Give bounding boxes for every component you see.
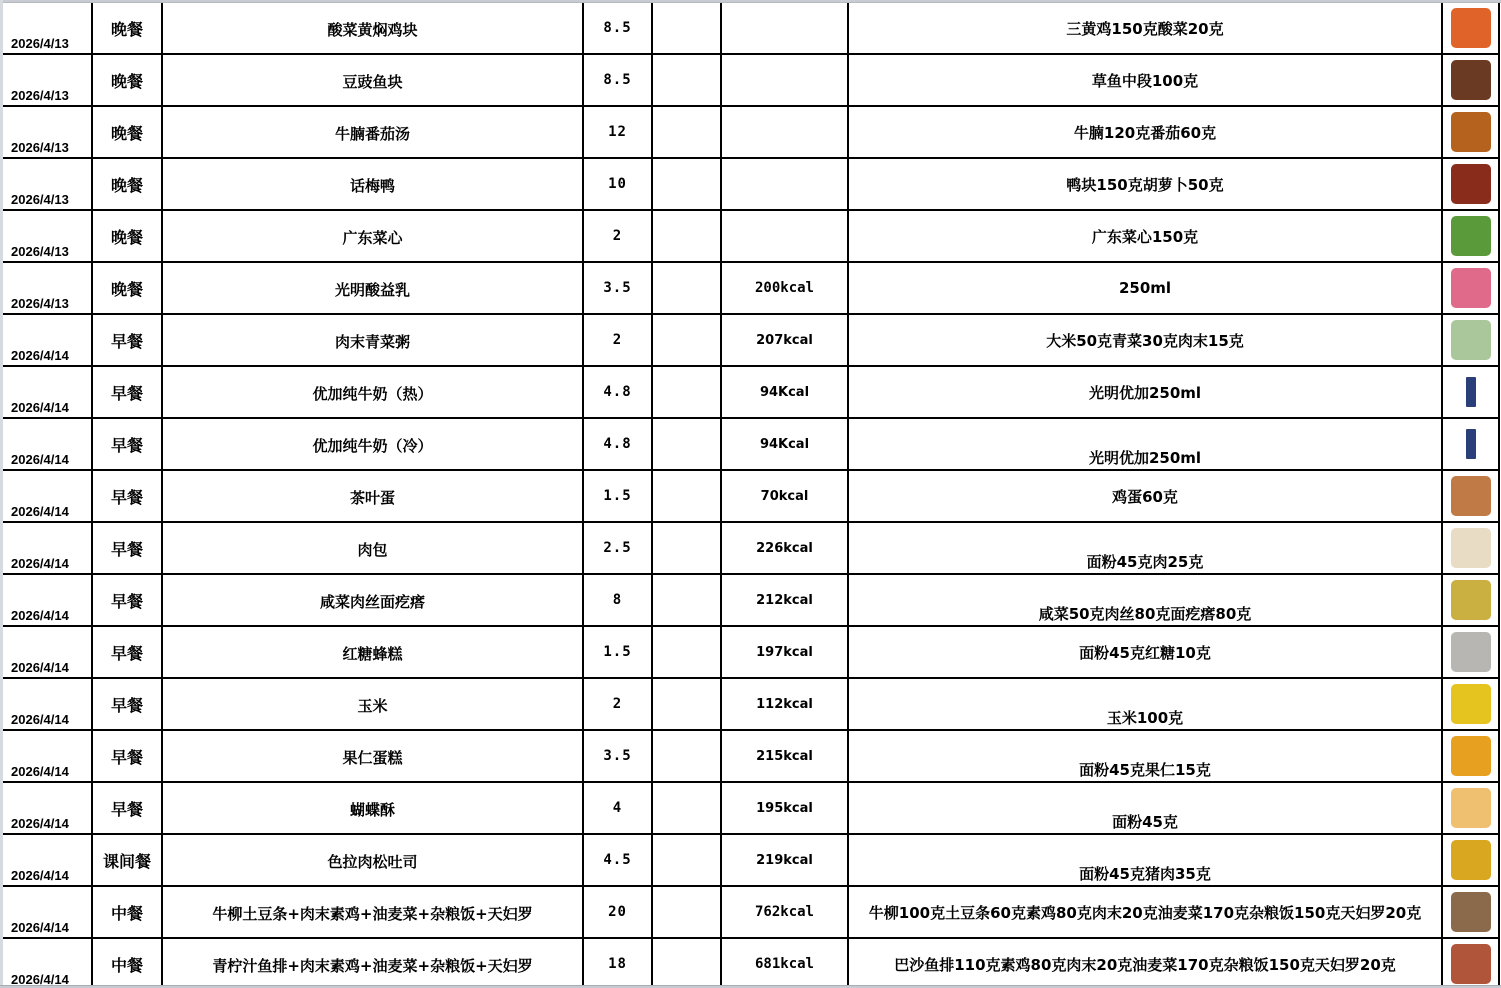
food-photo-tea-eggs-icon[interactable] xyxy=(1451,476,1491,516)
meal-type-cell[interactable]: 早餐 xyxy=(93,471,163,523)
date-cell[interactable]: 2026/4/14 xyxy=(3,731,93,783)
price-cell[interactable]: 3.5 xyxy=(584,263,653,315)
table-row: 2026/4/14中餐青柠汁鱼排+肉末素鸡+油麦菜+杂粮饭+天妇罗18681kc… xyxy=(3,939,1498,988)
dish-name-cell[interactable]: 茶叶蛋 xyxy=(163,471,584,523)
empty-cell[interactable] xyxy=(653,523,722,575)
calories-text: 200kcal xyxy=(755,280,814,296)
empty-cell[interactable] xyxy=(653,3,722,55)
price-text: 8 xyxy=(613,592,622,608)
calories-cell[interactable] xyxy=(722,55,849,107)
meal-type-text: 中餐 xyxy=(111,953,143,976)
ingredients-text: 面粉45克肉25克 xyxy=(1087,551,1204,572)
ingredients-text: 鸭块150克胡萝卜50克 xyxy=(1066,174,1223,195)
dish-name-cell[interactable]: 优加纯牛奶（热） xyxy=(163,367,584,419)
meal-type-cell[interactable]: 早餐 xyxy=(93,419,163,471)
calories-cell[interactable]: 226kcal xyxy=(722,523,849,575)
meal-type-cell[interactable]: 晚餐 xyxy=(93,159,163,211)
date-cell[interactable]: 2026/4/14 xyxy=(3,939,93,988)
image-cell[interactable] xyxy=(1443,731,1500,783)
table-row: 2026/4/14早餐肉末青菜粥2207kcal大米50克青菜30克肉末15克 xyxy=(3,315,1498,367)
empty-cell[interactable] xyxy=(653,783,722,835)
calories-text: 681kcal xyxy=(755,956,814,972)
date-text: 2026/4/13 xyxy=(11,296,69,311)
dish-name-cell[interactable]: 肉包 xyxy=(163,523,584,575)
calories-cell[interactable] xyxy=(722,211,849,263)
calories-cell[interactable]: 195kcal xyxy=(722,783,849,835)
ingredients-cell[interactable]: 250ml xyxy=(849,263,1443,315)
ingredients-text: 牛腩120克番茄60克 xyxy=(1074,122,1216,143)
dish-name-text: 色拉肉松吐司 xyxy=(327,851,417,872)
meal-type-text: 早餐 xyxy=(111,381,143,404)
dish-name-cell[interactable]: 牛腩番茄汤 xyxy=(163,107,584,159)
food-photo-noodle-soup-icon[interactable] xyxy=(1451,580,1491,620)
table-row: 2026/4/13晚餐酸菜黄焖鸡块8.5三黄鸡150克酸菜20克 xyxy=(3,3,1498,55)
food-photo-greens-icon[interactable] xyxy=(1451,216,1491,256)
calories-text: 195kcal xyxy=(756,801,813,816)
calories-text: 212kcal xyxy=(756,593,813,608)
food-photo-braised-chicken-icon[interactable] xyxy=(1451,8,1491,48)
meal-type-text: 晚餐 xyxy=(111,69,143,92)
price-text: 1.5 xyxy=(603,644,631,660)
meal-type-cell[interactable]: 早餐 xyxy=(93,575,163,627)
dish-name-text: 酸菜黄焖鸡块 xyxy=(327,19,417,40)
ingredients-text: 咸菜50克肉丝80克面疙瘩80克 xyxy=(1039,603,1252,624)
dish-name-cell[interactable]: 光明酸益乳 xyxy=(163,263,584,315)
ingredients-cell[interactable]: 面粉45克红糖10克 xyxy=(849,627,1443,679)
empty-cell[interactable] xyxy=(653,627,722,679)
calories-cell[interactable] xyxy=(722,107,849,159)
meal-type-cell[interactable]: 中餐 xyxy=(93,939,163,988)
price-cell[interactable]: 12 xyxy=(584,107,653,159)
date-text: 2026/4/14 xyxy=(11,348,69,363)
calories-text: 219kcal xyxy=(756,853,813,868)
empty-cell[interactable] xyxy=(653,835,722,887)
empty-cell[interactable] xyxy=(653,55,722,107)
dish-name-text: 优加纯牛奶（冷） xyxy=(312,435,432,456)
dish-name-text: 光明酸益乳 xyxy=(335,279,410,300)
ingredients-cell[interactable]: 光明优加250ml xyxy=(849,419,1443,471)
meal-type-text: 晚餐 xyxy=(111,277,143,300)
calories-text: 197kcal xyxy=(756,645,813,660)
date-text: 2026/4/14 xyxy=(11,920,69,935)
ingredients-cell[interactable]: 光明优加250ml xyxy=(849,367,1443,419)
meal-type-cell[interactable]: 早餐 xyxy=(93,679,163,731)
date-cell[interactable]: 2026/4/13 xyxy=(3,3,93,55)
dish-name-text: 话梅鸭 xyxy=(350,175,395,196)
food-photo-corn-icon[interactable] xyxy=(1451,684,1491,724)
price-text: 1.5 xyxy=(603,488,631,504)
calories-cell[interactable]: 681kcal xyxy=(722,939,849,988)
calories-text: 94Kcal xyxy=(760,437,809,452)
price-text: 20 xyxy=(608,904,627,920)
dish-name-cell[interactable]: 玉米 xyxy=(163,679,584,731)
meal-type-text: 早餐 xyxy=(111,329,143,352)
image-cell[interactable] xyxy=(1443,679,1500,731)
price-cell[interactable]: 20 xyxy=(584,887,653,939)
price-text: 4 xyxy=(613,800,622,816)
date-cell[interactable]: 2026/4/14 xyxy=(3,835,93,887)
meal-type-cell[interactable]: 课间餐 xyxy=(93,835,163,887)
image-cell[interactable] xyxy=(1443,575,1500,627)
calories-text: 762kcal xyxy=(755,904,814,920)
ingredients-cell[interactable]: 大米50克青菜30克肉末15克 xyxy=(849,315,1443,367)
dish-name-text: 牛腩番茄汤 xyxy=(335,123,410,144)
image-cell[interactable] xyxy=(1443,263,1500,315)
calories-cell[interactable] xyxy=(722,159,849,211)
price-cell[interactable]: 1.5 xyxy=(584,471,653,523)
empty-cell[interactable] xyxy=(653,419,722,471)
price-cell[interactable]: 4.8 xyxy=(584,419,653,471)
price-text: 10 xyxy=(608,176,627,192)
image-cell[interactable] xyxy=(1443,107,1500,159)
dish-name-text: 肉末青菜粥 xyxy=(335,331,410,352)
dish-name-cell[interactable]: 牛柳土豆条+肉末素鸡+油麦菜+杂粮饭+天妇罗 xyxy=(163,887,584,939)
calories-cell[interactable]: 219kcal xyxy=(722,835,849,887)
date-cell[interactable]: 2026/4/14 xyxy=(3,471,93,523)
date-text: 2026/4/13 xyxy=(11,36,69,51)
price-cell[interactable]: 8.5 xyxy=(584,55,653,107)
price-cell[interactable]: 8 xyxy=(584,575,653,627)
meal-type-cell[interactable]: 晚餐 xyxy=(93,211,163,263)
meal-type-text: 早餐 xyxy=(111,745,143,768)
table-row: 2026/4/14中餐牛柳土豆条+肉末素鸡+油麦菜+杂粮饭+天妇罗20762kc… xyxy=(3,887,1498,939)
calories-text: 226kcal xyxy=(756,541,813,556)
image-cell[interactable] xyxy=(1443,367,1500,419)
price-cell[interactable]: 2 xyxy=(584,679,653,731)
date-cell[interactable]: 2026/4/14 xyxy=(3,783,93,835)
ingredients-text: 牛柳100克土豆条60克素鸡80克肉末20克油麦菜170克杂粮饭150克天妇罗2… xyxy=(869,902,1421,923)
price-cell[interactable]: 2 xyxy=(584,211,653,263)
calories-cell[interactable]: 762kcal xyxy=(722,887,849,939)
meal-type-text: 中餐 xyxy=(111,901,143,924)
date-text: 2026/4/14 xyxy=(11,764,69,779)
date-cell[interactable]: 2026/4/13 xyxy=(3,107,93,159)
date-text: 2026/4/14 xyxy=(11,712,69,727)
empty-cell[interactable] xyxy=(653,315,722,367)
date-cell[interactable]: 2026/4/14 xyxy=(3,315,93,367)
date-cell[interactable]: 2026/4/14 xyxy=(3,679,93,731)
date-text: 2026/4/13 xyxy=(11,192,69,207)
meal-type-text: 早餐 xyxy=(111,641,143,664)
calories-cell[interactable]: 70kcal xyxy=(722,471,849,523)
date-cell[interactable]: 2026/4/13 xyxy=(3,159,93,211)
date-cell[interactable]: 2026/4/14 xyxy=(3,523,93,575)
price-cell[interactable]: 18 xyxy=(584,939,653,988)
empty-cell[interactable] xyxy=(653,939,722,988)
dish-name-text: 玉米 xyxy=(357,695,387,716)
meal-type-cell[interactable]: 早餐 xyxy=(93,367,163,419)
dish-name-cell[interactable]: 豆豉鱼块 xyxy=(163,55,584,107)
empty-cell[interactable] xyxy=(653,731,722,783)
empty-cell[interactable] xyxy=(653,887,722,939)
calories-cell[interactable] xyxy=(722,3,849,55)
ingredients-cell[interactable]: 玉米100克 xyxy=(849,679,1443,731)
price-cell[interactable]: 3.5 xyxy=(584,731,653,783)
ingredients-cell[interactable]: 牛腩120克番茄60克 xyxy=(849,107,1443,159)
dish-name-cell[interactable]: 色拉肉松吐司 xyxy=(163,835,584,887)
meal-type-text: 早餐 xyxy=(111,485,143,508)
ingredients-text: 大米50克青菜30克肉末15克 xyxy=(1046,330,1244,351)
food-photo-bun-icon[interactable] xyxy=(1451,528,1491,568)
date-text: 2026/4/14 xyxy=(11,868,69,883)
table-row: 2026/4/14早餐蝴蝶酥4195kcal面粉45克 xyxy=(3,783,1498,835)
table-row: 2026/4/13晚餐话梅鸭10鸭块150克胡萝卜50克 xyxy=(3,159,1498,211)
meal-type-cell[interactable]: 中餐 xyxy=(93,887,163,939)
price-text: 2 xyxy=(613,696,622,712)
ingredients-cell[interactable]: 面粉45克果仁15克 xyxy=(849,731,1443,783)
image-cell[interactable] xyxy=(1443,159,1500,211)
date-cell[interactable]: 2026/4/14 xyxy=(3,627,93,679)
table-row: 2026/4/13晚餐广东菜心2广东菜心150克 xyxy=(3,211,1498,263)
price-text: 3.5 xyxy=(603,748,631,764)
image-cell[interactable] xyxy=(1443,419,1500,471)
date-cell[interactable]: 2026/4/14 xyxy=(3,887,93,939)
price-text: 12 xyxy=(608,124,627,140)
dish-name-text: 茶叶蛋 xyxy=(350,487,395,508)
food-photo-bento-box-icon[interactable] xyxy=(1451,944,1491,984)
ingredients-text: 面粉45克果仁15克 xyxy=(1079,759,1211,780)
dish-name-text: 果仁蛋糕 xyxy=(342,747,402,768)
price-text: 4.5 xyxy=(603,852,631,868)
meal-type-cell[interactable]: 早餐 xyxy=(93,627,163,679)
dish-name-cell[interactable]: 优加纯牛奶（冷） xyxy=(163,419,584,471)
price-text: 2.5 xyxy=(603,540,631,556)
image-cell[interactable] xyxy=(1443,55,1500,107)
meal-type-text: 晚餐 xyxy=(111,225,143,248)
ingredients-text: 250ml xyxy=(1119,279,1171,297)
price-cell[interactable]: 8.5 xyxy=(584,3,653,55)
dish-name-text: 蝴蝶酥 xyxy=(350,799,395,820)
empty-cell[interactable] xyxy=(653,471,722,523)
table-row: 2026/4/14早餐优加纯牛奶（热）4.894Kcal光明优加250ml xyxy=(3,367,1498,419)
meal-type-cell[interactable]: 早餐 xyxy=(93,731,163,783)
ingredients-cell[interactable]: 牛柳100克土豆条60克素鸡80克肉末20克油麦菜170克杂粮饭150克天妇罗2… xyxy=(849,887,1443,939)
calories-text: 112kcal xyxy=(756,697,813,712)
calories-cell[interactable]: 212kcal xyxy=(722,575,849,627)
ingredients-cell[interactable]: 面粉45克 xyxy=(849,783,1443,835)
meal-type-cell[interactable]: 早餐 xyxy=(93,523,163,575)
image-cell[interactable] xyxy=(1443,523,1500,575)
calories-text: 94Kcal xyxy=(760,385,809,400)
food-photo-toast-icon[interactable] xyxy=(1451,840,1491,880)
ingredients-text: 草鱼中段100克 xyxy=(1092,70,1198,91)
meal-type-cell[interactable]: 早餐 xyxy=(93,783,163,835)
empty-cell[interactable] xyxy=(653,211,722,263)
dish-name-text: 红糖蜂糕 xyxy=(342,643,402,664)
food-photo-sponge-cake-icon[interactable] xyxy=(1451,632,1491,672)
food-photo-porridge-icon[interactable] xyxy=(1451,320,1491,360)
meal-type-text: 早餐 xyxy=(111,693,143,716)
calories-cell[interactable]: 112kcal xyxy=(722,679,849,731)
price-cell[interactable]: 10 xyxy=(584,159,653,211)
calories-text: 70kcal xyxy=(761,489,809,504)
meal-type-text: 早餐 xyxy=(111,797,143,820)
food-photo-milk-carton-icon[interactable] xyxy=(1466,377,1476,407)
empty-cell[interactable] xyxy=(653,575,722,627)
dish-name-cell[interactable]: 话梅鸭 xyxy=(163,159,584,211)
image-cell[interactable] xyxy=(1443,835,1500,887)
ingredients-text: 巴沙鱼排110克素鸡80克肉末20克油麦菜170克杂粮饭150克天妇罗20克 xyxy=(894,954,1396,975)
price-cell[interactable]: 1.5 xyxy=(584,627,653,679)
date-cell[interactable]: 2026/4/13 xyxy=(3,211,93,263)
empty-cell[interactable] xyxy=(653,263,722,315)
ingredients-cell[interactable]: 面粉45克猪肉35克 xyxy=(849,835,1443,887)
table-row: 2026/4/14早餐果仁蛋糕3.5215kcal面粉45克果仁15克 xyxy=(3,731,1498,783)
empty-cell[interactable] xyxy=(653,159,722,211)
dish-name-text: 青柠汁鱼排+肉末素鸡+油麦菜+杂粮饭+天妇罗 xyxy=(212,955,532,976)
calories-cell[interactable]: 200kcal xyxy=(722,263,849,315)
food-photo-cake-cubes-icon[interactable] xyxy=(1451,736,1491,776)
price-cell[interactable]: 2 xyxy=(584,315,653,367)
date-text: 2026/4/14 xyxy=(11,452,69,467)
table-row: 2026/4/14早餐玉米2112kcal玉米100克 xyxy=(3,679,1498,731)
dish-name-cell[interactable]: 酸菜黄焖鸡块 xyxy=(163,3,584,55)
ingredients-text: 面粉45克 xyxy=(1112,811,1178,832)
dish-name-text: 优加纯牛奶（热） xyxy=(312,383,432,404)
image-cell[interactable] xyxy=(1443,939,1500,988)
date-cell[interactable]: 2026/4/14 xyxy=(3,367,93,419)
dish-name-text: 豆豉鱼块 xyxy=(342,71,402,92)
dish-name-cell[interactable]: 青柠汁鱼排+肉末素鸡+油麦菜+杂粮饭+天妇罗 xyxy=(163,939,584,988)
price-cell[interactable]: 4 xyxy=(584,783,653,835)
price-text: 4.8 xyxy=(603,384,631,400)
ingredients-text: 广东菜心150克 xyxy=(1092,226,1198,247)
image-cell[interactable] xyxy=(1443,471,1500,523)
calories-cell[interactable]: 197kcal xyxy=(722,627,849,679)
food-photo-palmier-icon[interactable] xyxy=(1451,788,1491,828)
dish-name-text: 广东菜心 xyxy=(342,227,402,248)
date-text: 2026/4/14 xyxy=(11,816,69,831)
food-photo-duck-icon[interactable] xyxy=(1451,164,1491,204)
calories-text: 215kcal xyxy=(756,749,813,764)
date-text: 2026/4/14 xyxy=(11,556,69,571)
price-text: 3.5 xyxy=(603,280,631,296)
meal-type-text: 晚餐 xyxy=(111,173,143,196)
table-row: 2026/4/13晚餐光明酸益乳3.5200kcal250ml xyxy=(3,263,1498,315)
calories-cell[interactable]: 215kcal xyxy=(722,731,849,783)
food-photo-soup-icon[interactable] xyxy=(1451,112,1491,152)
calories-text: 207kcal xyxy=(756,333,813,348)
empty-cell[interactable] xyxy=(653,367,722,419)
ingredients-cell[interactable]: 面粉45克肉25克 xyxy=(849,523,1443,575)
dish-name-cell[interactable]: 果仁蛋糕 xyxy=(163,731,584,783)
empty-cell[interactable] xyxy=(653,107,722,159)
meal-type-cell[interactable]: 早餐 xyxy=(93,315,163,367)
table-row: 2026/4/14早餐咸菜肉丝面疙瘩8212kcal咸菜50克肉丝80克面疙瘩8… xyxy=(3,575,1498,627)
image-cell[interactable] xyxy=(1443,627,1500,679)
food-photo-bento-box-icon[interactable] xyxy=(1451,892,1491,932)
ingredients-text: 光明优加250ml xyxy=(1089,447,1201,468)
meal-type-cell[interactable]: 晚餐 xyxy=(93,107,163,159)
meal-type-text: 早餐 xyxy=(111,537,143,560)
image-cell[interactable] xyxy=(1443,783,1500,835)
image-cell[interactable] xyxy=(1443,315,1500,367)
date-text: 2026/4/13 xyxy=(11,140,69,155)
price-text: 4.8 xyxy=(603,436,631,452)
price-text: 2 xyxy=(613,228,622,244)
ingredients-text: 面粉45克猪肉35克 xyxy=(1079,863,1211,884)
meal-type-text: 晚餐 xyxy=(111,17,143,40)
image-cell[interactable] xyxy=(1443,3,1500,55)
meal-type-text: 早餐 xyxy=(111,589,143,612)
date-text: 2026/4/14 xyxy=(11,608,69,623)
ingredients-text: 玉米100克 xyxy=(1107,707,1183,728)
ingredients-cell[interactable]: 广东菜心150克 xyxy=(849,211,1443,263)
price-cell[interactable]: 4.5 xyxy=(584,835,653,887)
date-text: 2026/4/14 xyxy=(11,504,69,519)
table-row: 2026/4/14早餐红糖蜂糕1.5197kcal面粉45克红糖10克 xyxy=(3,627,1498,679)
ingredients-text: 鸡蛋60克 xyxy=(1112,486,1178,507)
ingredients-cell[interactable]: 巴沙鱼排110克素鸡80克肉末20克油麦菜170克杂粮饭150克天妇罗20克 xyxy=(849,939,1443,988)
price-text: 8.5 xyxy=(603,72,631,88)
date-cell[interactable]: 2026/4/13 xyxy=(3,263,93,315)
food-photo-fish-icon[interactable] xyxy=(1451,60,1491,100)
dish-name-cell[interactable]: 咸菜肉丝面疙瘩 xyxy=(163,575,584,627)
ingredients-cell[interactable]: 鸡蛋60克 xyxy=(849,471,1443,523)
date-text: 2026/4/14 xyxy=(11,660,69,675)
dish-name-text: 咸菜肉丝面疙瘩 xyxy=(320,591,425,612)
meal-type-cell[interactable]: 晚餐 xyxy=(93,55,163,107)
food-photo-yogurt-packs-icon[interactable] xyxy=(1451,268,1491,308)
date-cell[interactable]: 2026/4/14 xyxy=(3,419,93,471)
dish-name-text: 肉包 xyxy=(357,539,387,560)
dish-name-cell[interactable]: 蝴蝶酥 xyxy=(163,783,584,835)
ingredients-cell[interactable]: 鸭块150克胡萝卜50克 xyxy=(849,159,1443,211)
date-text: 2026/4/14 xyxy=(11,400,69,415)
table-row: 2026/4/13晚餐牛腩番茄汤12牛腩120克番茄60克 xyxy=(3,107,1498,159)
meal-type-text: 早餐 xyxy=(111,433,143,456)
price-cell[interactable]: 4.8 xyxy=(584,367,653,419)
ingredients-cell[interactable]: 草鱼中段100克 xyxy=(849,55,1443,107)
meal-type-text: 晚餐 xyxy=(111,121,143,144)
calories-cell[interactable]: 94Kcal xyxy=(722,419,849,471)
ingredients-text: 光明优加250ml xyxy=(1089,382,1201,403)
ingredients-text: 三黄鸡150克酸菜20克 xyxy=(1066,18,1223,39)
ingredients-cell[interactable]: 咸菜50克肉丝80克面疙瘩80克 xyxy=(849,575,1443,627)
table-row: 2026/4/14早餐肉包2.5226kcal面粉45克肉25克 xyxy=(3,523,1498,575)
meal-type-text: 课间餐 xyxy=(103,849,151,872)
meal-type-cell[interactable]: 晚餐 xyxy=(93,263,163,315)
price-text: 8.5 xyxy=(603,20,631,36)
date-text: 2026/4/13 xyxy=(11,244,69,259)
price-text: 18 xyxy=(608,956,627,972)
table-row: 2026/4/14早餐茶叶蛋1.570kcal鸡蛋60克 xyxy=(3,471,1498,523)
price-cell[interactable]: 2.5 xyxy=(584,523,653,575)
dish-name-cell[interactable]: 广东菜心 xyxy=(163,211,584,263)
table-row: 2026/4/14课间餐色拉肉松吐司4.5219kcal面粉45克猪肉35克 xyxy=(3,835,1498,887)
date-cell[interactable]: 2026/4/13 xyxy=(3,55,93,107)
calories-cell[interactable]: 94Kcal xyxy=(722,367,849,419)
calories-cell[interactable]: 207kcal xyxy=(722,315,849,367)
table-row: 2026/4/13晚餐豆豉鱼块8.5草鱼中段100克 xyxy=(3,55,1498,107)
food-photo-milk-carton-icon[interactable] xyxy=(1466,429,1476,459)
ingredients-cell[interactable]: 三黄鸡150克酸菜20克 xyxy=(849,3,1443,55)
ingredients-text: 面粉45克红糖10克 xyxy=(1079,642,1211,663)
dish-name-cell[interactable]: 肉末青菜粥 xyxy=(163,315,584,367)
dish-name-text: 牛柳土豆条+肉末素鸡+油麦菜+杂粮饭+天妇罗 xyxy=(212,903,532,924)
image-cell[interactable] xyxy=(1443,887,1500,939)
table-row: 2026/4/14早餐优加纯牛奶（冷）4.894Kcal光明优加250ml xyxy=(3,419,1498,471)
date-cell[interactable]: 2026/4/14 xyxy=(3,575,93,627)
price-text: 2 xyxy=(613,332,622,348)
meal-type-cell[interactable]: 晚餐 xyxy=(93,3,163,55)
image-cell[interactable] xyxy=(1443,211,1500,263)
empty-cell[interactable] xyxy=(653,679,722,731)
date-text: 2026/4/13 xyxy=(11,88,69,103)
dish-name-cell[interactable]: 红糖蜂糕 xyxy=(163,627,584,679)
